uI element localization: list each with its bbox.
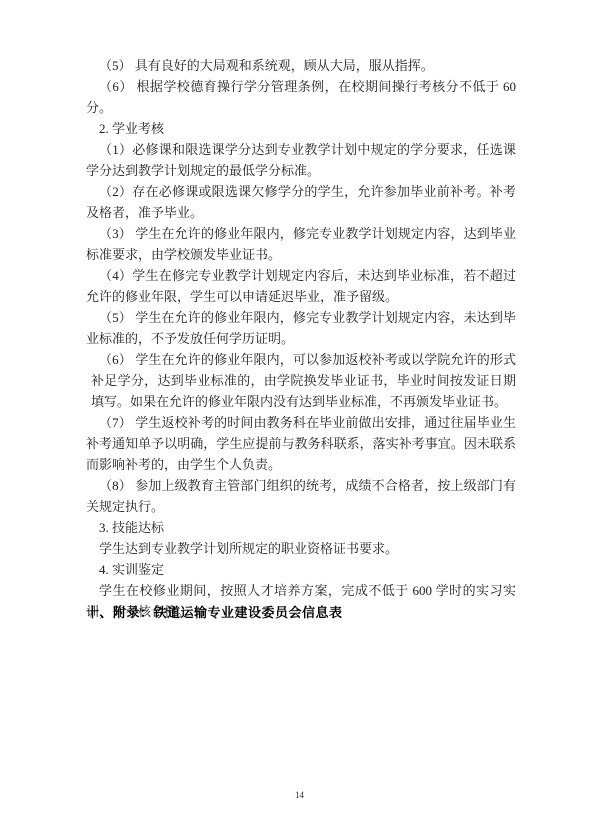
page-number: 14 <box>0 790 599 800</box>
item-academic-3: （3） 学生在允许的修业年限内，修完专业教学计划规定内容，达到毕业标准要求，由学… <box>86 223 516 265</box>
item-academic-2: （2）存在必修课或限选课欠修学分的学生，允许参加毕业前补考。补考及格者，准予毕业… <box>86 181 516 223</box>
document-page: （5） 具有良好的大局观和系统观，顾从大局，服从指挥。 （6） 根据学校德育操行… <box>0 0 599 840</box>
item-academic-6: （6） 学生在允许的修业年限内，可以参加返校补考或以学院允许的形式补足学分，达到… <box>86 349 516 412</box>
item-academic-7: （7） 学生返校补考的时间由教务科在毕业前做出安排，通过往届毕业生补考通知单予以… <box>86 412 516 475</box>
item-conduct-5: （5） 具有良好的大局观和系统观，顾从大局，服从指挥。 <box>86 55 516 76</box>
item-conduct-6: （6） 根据学校德育操行学分管理条例，在校期间操行考核分不低于 60 分。 <box>86 76 516 118</box>
heading-academic-assessment: 2. 学业考核 <box>86 118 516 139</box>
document-body: （5） 具有良好的大局观和系统观，顾从大局，服从指挥。 （6） 根据学校德育操行… <box>86 55 516 622</box>
para-skill-requirement: 学生达到专业教学计划所规定的职业资格证书要求。 <box>86 538 516 559</box>
item-academic-8: （8） 参加上级教育主管部门组织的统考，成绩不合格者，按上级部门有关规定执行。 <box>86 475 516 517</box>
heading-skill-standard: 3. 技能达标 <box>86 517 516 538</box>
item-academic-4: （4）学生在修完专业教学计划规定内容后，未达到毕业标准，若不超过允许的修业年限，… <box>86 265 516 307</box>
heading-practical-appraisal: 4. 实训鉴定 <box>86 559 516 580</box>
item-academic-1: （1）必修课和限选课学分达到专业教学计划中规定的学分要求，任选课学分达到教学计划… <box>86 139 516 181</box>
item-academic-5: （5） 学生在允许的修业年限内，修完专业教学计划规定内容，未达到毕业标准的，不予… <box>86 307 516 349</box>
appendix-heading: 十、附录：铁道运输专业建设委员会信息表 <box>86 604 516 621</box>
